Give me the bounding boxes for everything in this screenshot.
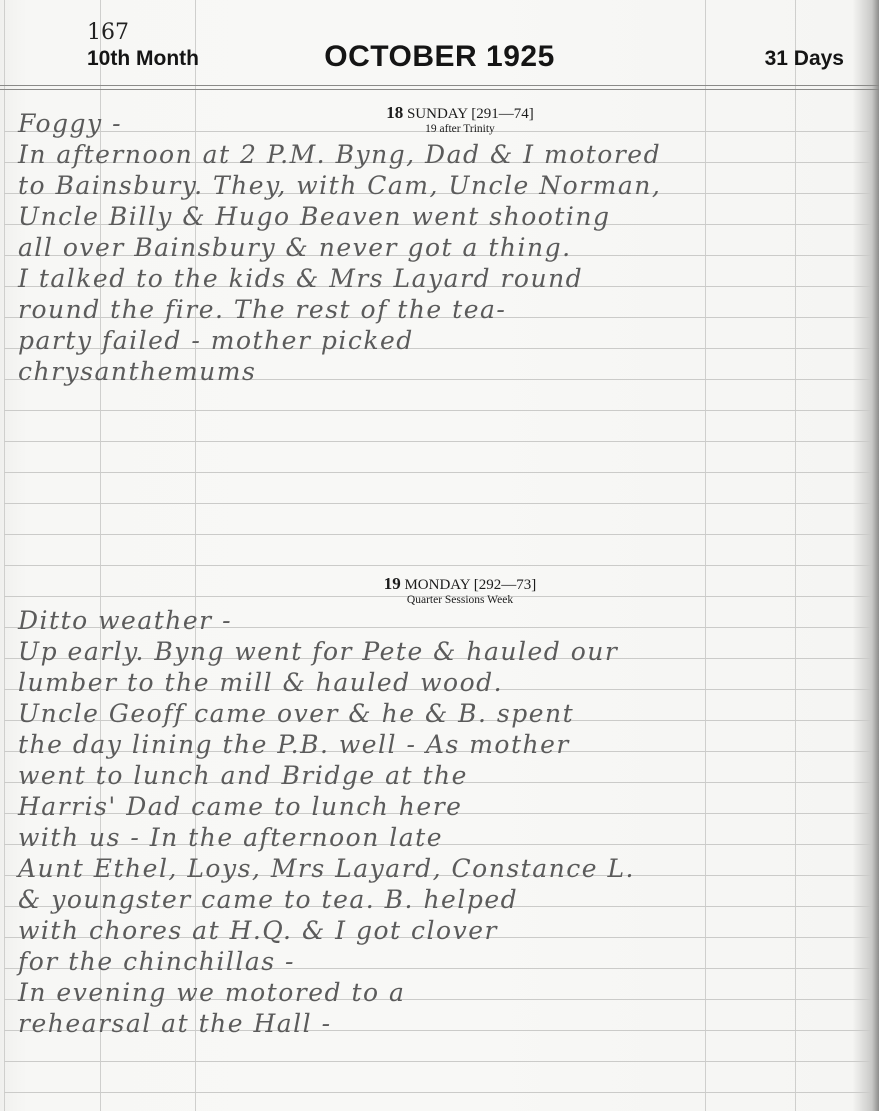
day-number: 19 (384, 574, 401, 593)
handwritten-line: all over Bainsbury & never got a thing. (18, 232, 868, 263)
handwritten-line: Uncle Geoff came over & he & B. spent (18, 698, 868, 729)
handwritten-line: Ditto weather - (18, 605, 868, 636)
day-title: MONDAY [292—73] (404, 577, 536, 593)
ruled-line (4, 1092, 871, 1093)
handwritten-line: with chores at H.Q. & I got clover (18, 915, 868, 946)
month-title: OCTOBER 1925 (0, 40, 879, 74)
handwritten-line: I talked to the kids & Mrs Layard round (18, 263, 868, 294)
ruled-line (4, 441, 871, 442)
ruled-line (4, 410, 871, 411)
days-label: 31 Days (765, 47, 844, 71)
handwritten-line: Harris' Dad came to lunch here (18, 791, 868, 822)
handwritten-line: to Bainsbury. They, with Cam, Uncle Norm… (18, 170, 868, 201)
handwritten-line: round the fire. The rest of the tea- (18, 294, 868, 325)
handwritten-line: the day lining the P.B. well - As mother (18, 729, 868, 760)
header-double-rule (0, 85, 879, 90)
handwritten-line: chrysanthemums (18, 356, 868, 387)
day-heading-19: 19 MONDAY [292—73] Quarter Sessions Week (0, 574, 879, 606)
handwritten-line: party failed - mother picked (18, 325, 868, 356)
ruled-line (4, 565, 871, 566)
handwritten-line: lumber to the mill & hauled wood. (18, 667, 868, 698)
diary-page: 167 10th Month OCTOBER 1925 31 Days 18 S… (0, 0, 879, 1111)
handwritten-line: for the chinchillas - (18, 946, 868, 977)
ruled-line (4, 503, 871, 504)
ruled-line (4, 534, 871, 535)
handwritten-line: Up early. Byng went for Pete & hauled ou… (18, 636, 868, 667)
ruled-line (4, 1061, 871, 1062)
handwritten-line: rehearsal at the Hall - (18, 1008, 868, 1039)
handwritten-line: & youngster came to tea. B. helped (18, 884, 868, 915)
entry-19-text: Ditto weather - Up early. Byng went for … (18, 605, 868, 1039)
handwritten-line: Foggy - (18, 108, 868, 139)
handwritten-line: with us - In the afternoon late (18, 822, 868, 853)
entry-18-text: Foggy - In afternoon at 2 P.M. Byng, Dad… (18, 108, 868, 387)
handwritten-line: In afternoon at 2 P.M. Byng, Dad & I mot… (18, 139, 868, 170)
handwritten-line: Uncle Billy & Hugo Beaven went shooting (18, 201, 868, 232)
ruled-line (4, 472, 871, 473)
handwritten-line: Aunt Ethel, Loys, Mrs Layard, Constance … (18, 853, 868, 884)
margin-line-left (4, 0, 5, 1111)
handwritten-line: went to lunch and Bridge at the (18, 760, 868, 791)
handwritten-line: In evening we motored to a (18, 977, 868, 1008)
